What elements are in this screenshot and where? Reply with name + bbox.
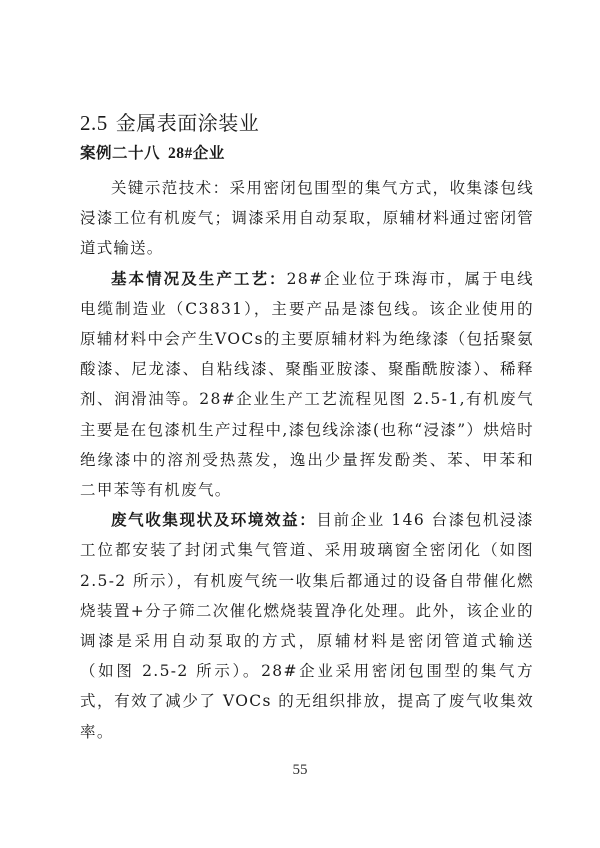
case-title: 案例二十八28#企业 xyxy=(80,140,534,167)
paragraph-lead: 废气收集现状及环境效益： xyxy=(111,511,316,529)
collection-status-paragraph: 废气收集现状及环境效益：目前企业 146 台漆包机浸漆工位都安装了封闭式集气管道… xyxy=(80,505,534,747)
paragraph-text: 28#企业位于珠海市，属于电线电缆制造业（C3831），主要产品是漆包线。该企业… xyxy=(80,270,534,499)
section-title: 金属表面涂装业 xyxy=(116,111,260,135)
case-label: 案例二十八 xyxy=(80,144,160,162)
document-page: 2.5金属表面涂装业 案例二十八28#企业 关键示范技术：采用密闭包围型的集气方… xyxy=(80,108,534,747)
paragraph-text: 目前企业 146 台漆包机浸漆工位都安装了封闭式集气管道、采用玻璃窗全密闭化（如… xyxy=(80,511,534,740)
page-number: 55 xyxy=(0,762,600,779)
paragraph-lead: 基本情况及生产工艺： xyxy=(111,270,287,288)
basic-info-paragraph: 基本情况及生产工艺：28#企业位于珠海市，属于电线电缆制造业（C3831），主要… xyxy=(80,264,534,506)
section-number: 2.5 xyxy=(80,111,108,135)
paragraph-text: 关键示范技术：采用密闭包围型的集气方式，收集漆包线浸漆工位有机废气；调漆采用自动… xyxy=(80,179,534,257)
case-enterprise: 28#企业 xyxy=(168,145,225,162)
section-heading: 2.5金属表面涂装业 xyxy=(80,108,534,138)
key-technology-paragraph: 关键示范技术：采用密闭包围型的集气方式，收集漆包线浸漆工位有机废气；调漆采用自动… xyxy=(80,173,534,264)
